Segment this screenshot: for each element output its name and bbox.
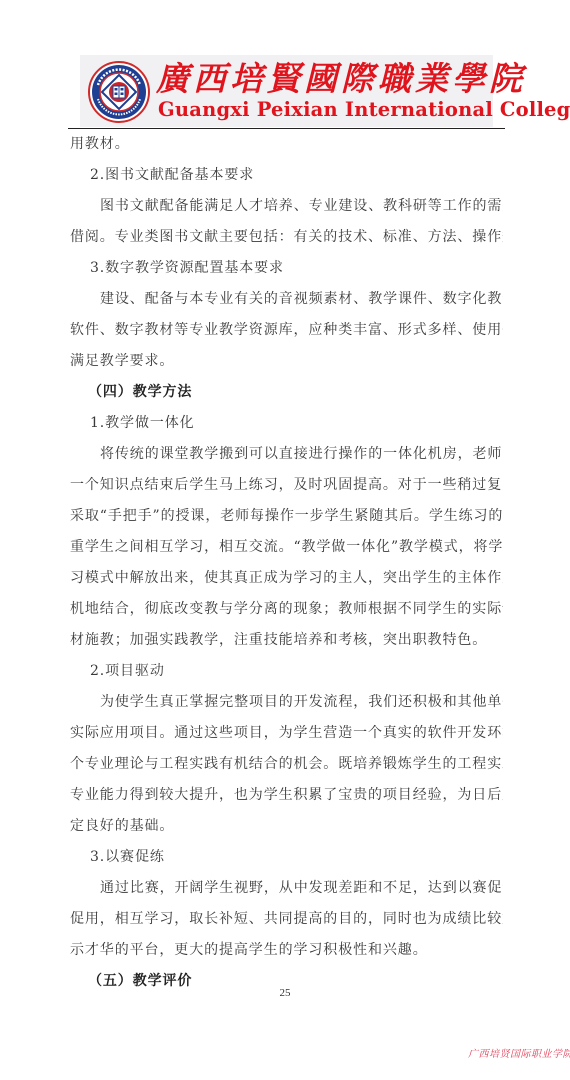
- section-heading: （四）教学方法: [70, 377, 503, 408]
- college-name-cn: 廣西培賢國際職業學院: [156, 60, 526, 98]
- document-body: 用教材。 2.图书文献配备基本要求 图书文献配备能满足人才培养、专业建设、教科研…: [70, 129, 503, 997]
- paragraph-line: 图书文献配备能满足人才培养、专业建设、教科研等工作的需要，方便师生查询、: [70, 191, 503, 222]
- college-seal-icon: [88, 61, 150, 123]
- paragraph-line: 满足教学要求。: [70, 346, 503, 377]
- paragraph-line: 专业能力得到较大提升，也为学生积累了宝贵的项目经验，为日后从事软件开发行业奠: [70, 780, 503, 811]
- subsection-title: 3.以赛促练: [70, 842, 503, 873]
- page-number: 25: [0, 987, 570, 999]
- subsection-title: 2.图书文献配备基本要求: [70, 160, 503, 191]
- paragraph-line: 通过比赛，开阔学生视野，从中发现差距和不足，达到以赛促学、以赛促练、以赛: [70, 873, 503, 904]
- paragraph-line: 一个知识点结束后学生马上练习，及时巩固提高。对于一些稍过复杂的操作，我们还会: [70, 470, 503, 501]
- subsection-title: 1.教学做一体化: [70, 408, 503, 439]
- subsection-title: 3.数字教学资源配置基本要求: [70, 253, 503, 284]
- college-name-en: Guangxi Peixian International College: [158, 98, 570, 122]
- header-banner: 廣西培賢國際職業學院 Guangxi Peixian International…: [80, 55, 493, 127]
- paragraph-line: 为使学生真正掌握完整项目的开发流程，我们还积极和其他单位联系，为学生争取: [70, 687, 503, 718]
- paragraph-line: 机地结合，彻底改变教与学分离的现象；教师根据不同学生的实际情况，因人施教，因: [70, 594, 503, 625]
- paragraph-line: 定良好的基础。: [70, 811, 503, 842]
- subsection-title: 2.项目驱动: [70, 656, 503, 687]
- paragraph-line: 示才华的平台，更大的提高学生的学习积极性和兴趣。: [70, 935, 503, 966]
- paragraph-line: 促用，相互学习，取长补短、共同提高的目的，同时也为成绩比较好的学生提供一个展: [70, 904, 503, 935]
- paragraph-line: 重学生之间相互学习，相互交流。“教学做一体化”教学模式，将学生从原来被动的学: [70, 532, 503, 563]
- college-watermark: 广西培贤国际职业学院: [468, 1045, 570, 1060]
- paragraph-line: 借阅。专业类图书文献主要包括：有关的技术、标准、方法、操作规范以及案例图书等。: [70, 222, 503, 253]
- paragraph-line: 实际应用项目。通过这些项目，为学生营造一个真实的软件开发环境，并为学生提供一: [70, 718, 503, 749]
- paragraph-line: 材施教；加强实践教学，注重技能培养和考核，突出职教特色。: [70, 625, 503, 656]
- paragraph-line: 建设、配备与本专业有关的音视频素材、教学课件、数字化教学案例库、虚拟仿真: [70, 284, 503, 315]
- paragraph-line: 用教材。: [70, 129, 503, 160]
- paragraph-line: 将传统的课堂教学搬到可以直接进行操作的一体化机房，老师一边操作一边讲解，: [70, 439, 503, 470]
- paragraph-line: 习模式中解放出来，使其真正成为学习的主人，突出学生的主体作用；将教、学、做有: [70, 563, 503, 594]
- paragraph-line: 个专业理论与工程实践有机结合的机会。既培养锻炼学生的工程实践能力,使其短期内: [70, 749, 503, 780]
- paragraph-line: 采取“手把手”的授课，老师每操作一步学生紧随其后。学生练习的过程中，我们还注: [70, 501, 503, 532]
- paragraph-line: 软件、数字教材等专业教学资源库，应种类丰富、形式多样、使用便捷、动态更新，能: [70, 315, 503, 346]
